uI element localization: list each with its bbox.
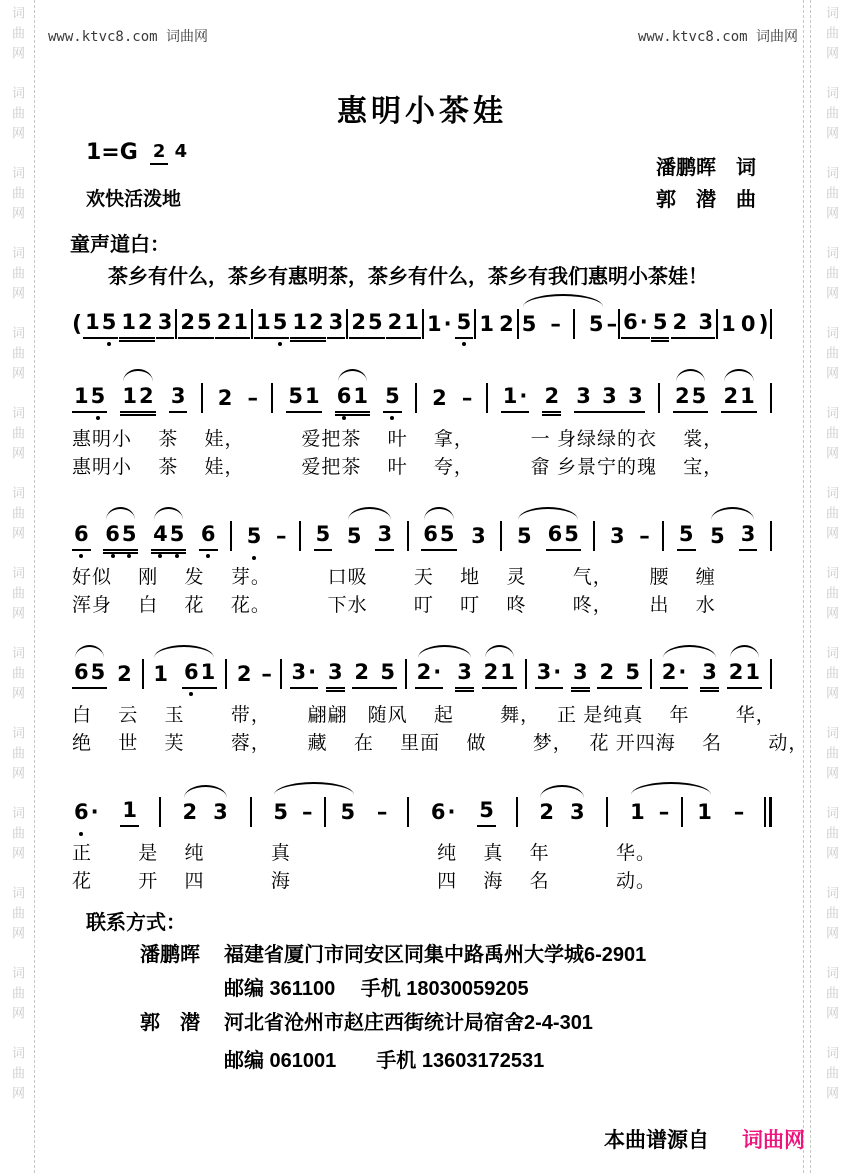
- slur-group: 12: [120, 384, 155, 413]
- sustain-dash: –: [734, 800, 745, 827]
- sustain-dash: –: [639, 524, 650, 551]
- barline: [175, 309, 177, 339]
- note-char: 3: [157, 310, 174, 334]
- note-char: 2: [498, 312, 515, 336]
- note-segment: 2: [181, 800, 200, 827]
- note-segment: 6·: [429, 800, 458, 827]
- note-char: ·: [518, 384, 528, 408]
- note-segment: 3: [375, 522, 394, 551]
- barline: [324, 797, 326, 827]
- note-char: 2: [483, 660, 500, 684]
- note-char: 5: [169, 522, 186, 546]
- note-char: 2: [182, 800, 199, 824]
- note-segment: 15: [83, 310, 118, 339]
- final-bar-thin: [764, 797, 766, 827]
- note-char: 2: [236, 662, 253, 686]
- note-char: 5: [287, 384, 304, 408]
- notation-line-1: 151232–516152–1·23 3 32521: [72, 366, 772, 426]
- footer-source-text: 本曲谱源自: [604, 1124, 709, 1154]
- note-segment: 6: [72, 522, 91, 551]
- note-char: [688, 310, 697, 334]
- barline: [407, 521, 409, 551]
- time-signature-denominator: 4: [175, 141, 188, 162]
- note-segment: 2: [216, 386, 235, 413]
- note-segment: 5: [314, 522, 333, 551]
- slur-group: 5–5: [520, 309, 606, 339]
- note-segment: 5: [338, 800, 357, 827]
- note-segment: 15: [72, 384, 107, 413]
- barline: [770, 521, 772, 551]
- slur-group: 53: [708, 522, 757, 551]
- note-char: ·: [90, 800, 100, 824]
- note-char: 5: [315, 522, 332, 546]
- note-char: 1: [720, 312, 737, 336]
- slur-arc: [184, 785, 227, 798]
- barline: [250, 797, 252, 827]
- slur-arc: [631, 782, 711, 795]
- note-char: 4: [152, 522, 169, 546]
- note-segment: 3: [571, 660, 590, 689]
- credits-block: 潘鹏晖 词 郭 潜 曲: [656, 152, 756, 216]
- lyrics-line-4b: 花 开 四 海 四 海 名 动。: [72, 868, 772, 896]
- note-char: 1: [739, 384, 756, 408]
- note-char: 3: [627, 384, 644, 408]
- note-segment: 25: [178, 310, 213, 339]
- slur-group: 23: [181, 800, 230, 827]
- slur-group: 23: [537, 800, 586, 827]
- slur-group: 5–5: [271, 797, 357, 827]
- notation-system-2: 6654565–5536535653–553 好似 刚 发 芽。 口吸 天 地 …: [72, 504, 772, 620]
- slur-group: 2·3: [415, 660, 474, 689]
- note-segment: 6: [199, 522, 218, 551]
- note-char: 5: [101, 310, 118, 334]
- note-char: 3: [328, 310, 345, 334]
- time-signature: 2 4: [150, 143, 187, 162]
- note-segment: 5: [520, 312, 539, 339]
- note-char: 2: [674, 384, 691, 408]
- slur-arc: [154, 507, 183, 520]
- contact-address-1: 福建省厦门市同安区同集中路禹州大学城6-2901: [224, 938, 646, 967]
- sheet-music-page: 词曲网 词曲网 词曲网 词曲网 词曲网 词曲网 词曲网 词曲网 词曲网 词曲网 …: [0, 0, 844, 1173]
- note-char: ·: [639, 310, 649, 334]
- slur-arc: [711, 507, 754, 520]
- barline: [230, 521, 232, 551]
- note-char: 3: [609, 524, 626, 548]
- barline: [422, 309, 424, 339]
- note-char: 2: [216, 310, 233, 334]
- slur-group: 65: [103, 522, 138, 551]
- note-char: 1: [744, 660, 761, 684]
- note-segment: 5: [587, 312, 606, 339]
- note-char: 3: [170, 384, 187, 408]
- note-segment: 5: [245, 524, 264, 551]
- note-segment: 3: [169, 384, 188, 413]
- note-char: ·: [443, 312, 453, 336]
- note-char: 2: [538, 800, 555, 824]
- footer-brand-logo: 词曲网: [742, 1124, 805, 1154]
- note-segment: 21: [482, 660, 517, 689]
- note-char: 1: [629, 800, 646, 824]
- note-segment: 1: [628, 800, 647, 827]
- barline: [650, 659, 652, 689]
- note-char: 1: [255, 310, 272, 334]
- note-char: 6: [183, 660, 200, 684]
- barline: [770, 659, 772, 689]
- note-segment: 2: [497, 312, 516, 339]
- note-segment: 3: [739, 522, 758, 551]
- slur-arc: [724, 369, 753, 382]
- final-bar-thick: [769, 797, 772, 827]
- note-char: 2: [353, 660, 370, 684]
- note-char: 5: [346, 524, 363, 548]
- slur-arc: [518, 507, 578, 520]
- note-char: 1: [304, 384, 321, 408]
- sustain-dash: –: [248, 386, 259, 413]
- note-char: 6: [73, 522, 90, 546]
- note-segment: 3·: [290, 660, 319, 689]
- note-segment: 1·: [501, 384, 530, 413]
- contact-name-1: 潘鹏晖: [140, 938, 200, 967]
- note-segment: 61: [182, 660, 217, 689]
- note-char: 6: [547, 522, 564, 546]
- note-segment: 3: [455, 660, 474, 689]
- note-char: 2: [722, 384, 739, 408]
- slur-group: 21: [482, 660, 517, 689]
- barline: [280, 659, 282, 689]
- note-char: 1: [84, 310, 101, 334]
- notation-line-4: 6·1235–5–6·5231–1–: [72, 780, 772, 840]
- note-char: 2: [598, 660, 615, 684]
- sustain-dash: –: [302, 800, 313, 827]
- note-segment: 12: [119, 310, 154, 339]
- note-char: 2: [350, 310, 367, 334]
- slur-group: 61: [335, 384, 370, 413]
- note-char: 5: [624, 660, 641, 684]
- note-char: ·: [307, 660, 317, 684]
- slur-arc: [106, 507, 135, 520]
- notation-system-intro: (1512325211512325211·5125–5–6·52 310): [72, 292, 772, 352]
- note-segment: 3: [326, 660, 345, 689]
- note-segment: 12: [120, 384, 155, 413]
- slur-group: 565: [515, 522, 581, 551]
- note-char: 5: [246, 524, 263, 548]
- slur-arc: [123, 369, 152, 382]
- note-char: 0: [740, 312, 757, 336]
- lyrics-line-1a: 惠明小 茶 娃， 爱把茶 叶 拿， 一 身绿绿的衣 裳，: [72, 426, 772, 454]
- note-char: 2: [416, 660, 433, 684]
- watermark-top-left: www.ktvc8.com 词曲网: [48, 26, 208, 46]
- barline: [770, 383, 772, 413]
- note-segment: 12: [290, 310, 325, 339]
- barline: [662, 521, 664, 551]
- note-char: 3: [575, 384, 592, 408]
- slur-arc: [676, 369, 705, 382]
- note-char: 3: [601, 384, 618, 408]
- slur-group: 1–1: [628, 797, 714, 827]
- note-segment: 2 5: [597, 660, 642, 689]
- contact-zip-phone-1: 邮编 361100 手机 18030059205: [224, 972, 529, 1001]
- lyrics-line-3b: 绝 世 芙 蓉， 藏 在 里面 做 梦， 花 开四海 名 动，: [72, 730, 772, 758]
- contact-address-2: 河北省沧州市赵庄西街统计局宿舍2-4-301: [224, 1006, 593, 1035]
- slur-arc: [274, 782, 354, 795]
- slur-group: 65: [421, 522, 456, 551]
- note-segment: 65: [546, 522, 581, 551]
- note-char: 2: [672, 310, 689, 334]
- note-char: 6: [336, 384, 353, 408]
- note-char: 1: [426, 312, 443, 336]
- note-segment: 65: [421, 522, 456, 551]
- note-char: 2: [179, 310, 196, 334]
- barline: [681, 797, 683, 827]
- note-char: 3: [701, 660, 718, 684]
- barline: [517, 309, 519, 339]
- note-char: 5: [121, 522, 138, 546]
- note-segment: 2: [542, 384, 561, 413]
- note-char: ·: [552, 660, 562, 684]
- barline: [606, 797, 608, 827]
- slur-group: 25: [673, 384, 708, 413]
- left-margin-watermark: 词曲网 词曲网 词曲网 词曲网 词曲网 词曲网 词曲网 词曲网 词曲网 词曲网 …: [4, 6, 26, 1173]
- slur-arc: [154, 645, 214, 658]
- note-char: 5: [456, 310, 473, 334]
- note-segment: 3·: [535, 660, 564, 689]
- paren: (: [72, 312, 82, 339]
- tempo-marking: 欢快活泼地: [86, 184, 181, 211]
- lyrics-line-3a: 白 云 玉 带， 翩翩 随风 起 舞， 正 是纯真 年 华，: [72, 702, 772, 730]
- note-segment: 6·: [621, 310, 650, 339]
- sustain-dash: –: [550, 312, 561, 339]
- note-char: 2: [661, 660, 678, 684]
- note-segment: 5: [477, 798, 496, 827]
- barline: [516, 797, 518, 827]
- narration-text: 茶乡有什么，茶乡有惠明茶，茶乡有什么，茶乡有我们惠明小茶娃！: [108, 260, 708, 289]
- slur-arc: [523, 294, 603, 307]
- barline: [770, 309, 772, 339]
- sustain-dash: –: [607, 312, 618, 339]
- note-segment: 25: [349, 310, 384, 339]
- note-segment: 2 5: [352, 660, 397, 689]
- note-segment: 2·: [660, 660, 689, 689]
- note-char: 2: [431, 386, 448, 410]
- note-segment: 6·: [72, 800, 101, 827]
- note-segment: 3 3 3: [574, 384, 645, 413]
- slur-arc: [418, 645, 471, 658]
- note-char: 5: [339, 800, 356, 824]
- note-segment: 65: [103, 522, 138, 551]
- note-char: ·: [677, 660, 687, 684]
- note-char: 2: [728, 660, 745, 684]
- note-char: 1: [499, 660, 516, 684]
- note-segment: 51: [286, 384, 321, 413]
- note-char: 1: [352, 384, 369, 408]
- note-segment: 5: [708, 524, 727, 551]
- composer-credit: 郭 潜 曲: [656, 184, 756, 216]
- slur-arc: [663, 645, 716, 658]
- contact-label: 联系方式：: [86, 906, 186, 935]
- sustain-dash: –: [462, 386, 473, 413]
- note-char: 2: [387, 310, 404, 334]
- note-char: 5: [563, 522, 580, 546]
- note-char: 6: [73, 660, 90, 684]
- note-char: 5: [709, 524, 726, 548]
- barline: [407, 797, 409, 827]
- note-segment: 2: [235, 662, 254, 689]
- contact-name-2: 郭 潜: [140, 1006, 200, 1035]
- note-char: 1: [478, 312, 495, 336]
- slur-group: 2·3: [660, 660, 719, 689]
- note-char: 1: [232, 310, 249, 334]
- note-segment: 3: [608, 524, 627, 551]
- note-char: 5: [678, 522, 695, 546]
- lyrics-line-2a: 好似 刚 发 芽。 口吸 天 地 灵 气， 腰 缠: [72, 564, 772, 592]
- lyrics-line-4a: 正 是 纯 真 纯 真 年 华。: [72, 840, 772, 868]
- note-segment: 21: [721, 384, 756, 413]
- note-char: 5: [196, 310, 213, 334]
- slur-arc: [730, 645, 759, 658]
- note-segment: 2·: [415, 660, 444, 689]
- note-segment: 21: [215, 310, 250, 339]
- note-char: 5: [90, 384, 107, 408]
- barline: [593, 521, 595, 551]
- note-segment: 1: [477, 312, 496, 339]
- sustain-dash: –: [659, 800, 670, 827]
- barline: [405, 659, 407, 689]
- note-char: 1: [291, 310, 308, 334]
- note-segment: 15: [254, 310, 289, 339]
- note-char: 3: [569, 800, 586, 824]
- barline: [500, 521, 502, 551]
- notation-line-2: 6654565–5536535653–553: [72, 504, 772, 564]
- note-char: 6: [104, 522, 121, 546]
- note-char: 3: [456, 660, 473, 684]
- lyrics-line-1b: 惠明小 茶 娃， 爱把茶 叶 夸， 畲 乡景宁的瑰 宝，: [72, 454, 772, 482]
- barline: [346, 309, 348, 339]
- slur-arc: [485, 645, 514, 658]
- note-segment: 5: [271, 800, 290, 827]
- slur-arc: [540, 785, 583, 798]
- left-dashed-rule: [34, 0, 35, 1173]
- note-char: ·: [432, 660, 442, 684]
- note-char: 5: [588, 312, 605, 336]
- note-segment: 61: [335, 384, 370, 413]
- notation-line-intro: (1512325211512325211·5125–5–6·52 310): [72, 292, 772, 352]
- note-segment: 2: [115, 662, 134, 689]
- note-char: 3: [536, 660, 553, 684]
- note-segment: 1·: [425, 312, 454, 339]
- lyrics-line-2b: 浑身 白 花 花。 下水 叮 叮 咚 咚， 出 水: [72, 592, 772, 620]
- note-char: [615, 660, 624, 684]
- contact-zip-phone-2: 邮编 061001 手机 13603172531: [224, 1044, 544, 1073]
- right-dashed-rule-outer: [803, 0, 804, 1173]
- note-char: 6: [73, 800, 90, 824]
- note-segment: 3: [327, 310, 346, 339]
- note-char: 5: [384, 384, 401, 408]
- note-char: 3: [291, 660, 308, 684]
- note-char: 3: [572, 660, 589, 684]
- note-segment: 65: [72, 660, 107, 689]
- note-char: 2: [308, 310, 325, 334]
- note-char: 1: [403, 310, 420, 334]
- slur-arc: [75, 645, 104, 658]
- right-margin-watermark: 词曲网 词曲网 词曲网 词曲网 词曲网 词曲网 词曲网 词曲网 词曲网 词曲网 …: [818, 6, 840, 1173]
- note-segment: 5: [515, 524, 534, 551]
- note-char: 1: [120, 310, 137, 334]
- note-char: 5: [272, 800, 289, 824]
- note-char: [370, 660, 379, 684]
- key-signature: 1=G: [86, 140, 138, 165]
- note-segment: 5: [345, 524, 364, 551]
- note-char: [618, 384, 627, 408]
- note-segment: 2 3: [671, 310, 716, 339]
- note-char: 6: [422, 522, 439, 546]
- note-segment: 2: [537, 800, 556, 827]
- note-segment: 5: [455, 310, 474, 339]
- note-segment: 5: [383, 384, 402, 413]
- sustain-dash: –: [261, 662, 272, 689]
- note-char: 6: [200, 522, 217, 546]
- note-char: 5: [478, 798, 495, 822]
- note-segment: 3: [700, 660, 719, 689]
- note-char: 1: [200, 660, 217, 684]
- note-char: 1: [502, 384, 519, 408]
- note-segment: 1: [719, 312, 738, 339]
- note-char: 3: [376, 522, 393, 546]
- note-char: 5: [516, 524, 533, 548]
- slur-group: 45: [151, 522, 186, 551]
- note-segment: 3: [568, 800, 587, 827]
- barline: [271, 383, 273, 413]
- note-char: 6: [622, 310, 639, 334]
- note-char: 3: [740, 522, 757, 546]
- note-segment: 45: [151, 522, 186, 551]
- notation-system-1: 151232–516152–1·23 3 32521 惠明小 茶 娃， 爱把茶 …: [72, 366, 772, 482]
- sustain-dash: –: [377, 800, 388, 827]
- time-signature-numerator: 2: [150, 141, 169, 165]
- note-char: 1: [121, 798, 138, 822]
- barline: [474, 309, 476, 339]
- note-char: 1: [121, 384, 138, 408]
- note-char: 5: [652, 310, 669, 334]
- narration-label: 童声道白：: [70, 228, 170, 257]
- notation-system-3: 6521612–3·32 52·3213·32 52·321 白 云 玉 带， …: [72, 642, 772, 758]
- barline: [299, 521, 301, 551]
- barline: [415, 383, 417, 413]
- barline: [225, 659, 227, 689]
- slur-group: 65: [72, 660, 107, 689]
- note-char: 2: [137, 310, 154, 334]
- barline: [716, 309, 718, 339]
- note-segment: 3: [211, 800, 230, 827]
- note-segment: 3: [156, 310, 175, 339]
- note-segment: 1: [120, 798, 139, 827]
- barline: [573, 309, 575, 339]
- song-title: 惠明小茶娃: [0, 86, 844, 130]
- note-char: 5: [90, 660, 107, 684]
- watermark-top-right: www.ktvc8.com 词曲网: [638, 26, 798, 46]
- final-barline: [764, 797, 772, 827]
- note-segment: 2: [430, 386, 449, 413]
- note-char: 3: [697, 310, 714, 334]
- note-char: 3: [327, 660, 344, 684]
- note-segment: 3: [469, 524, 488, 551]
- note-char: 5: [272, 310, 289, 334]
- note-char: 1: [152, 662, 169, 686]
- note-char: 2: [116, 662, 133, 686]
- note-char: ·: [446, 800, 456, 824]
- slur-group: 53: [345, 522, 394, 551]
- slur-group: 161: [151, 660, 217, 689]
- slur-group: 21: [721, 384, 756, 413]
